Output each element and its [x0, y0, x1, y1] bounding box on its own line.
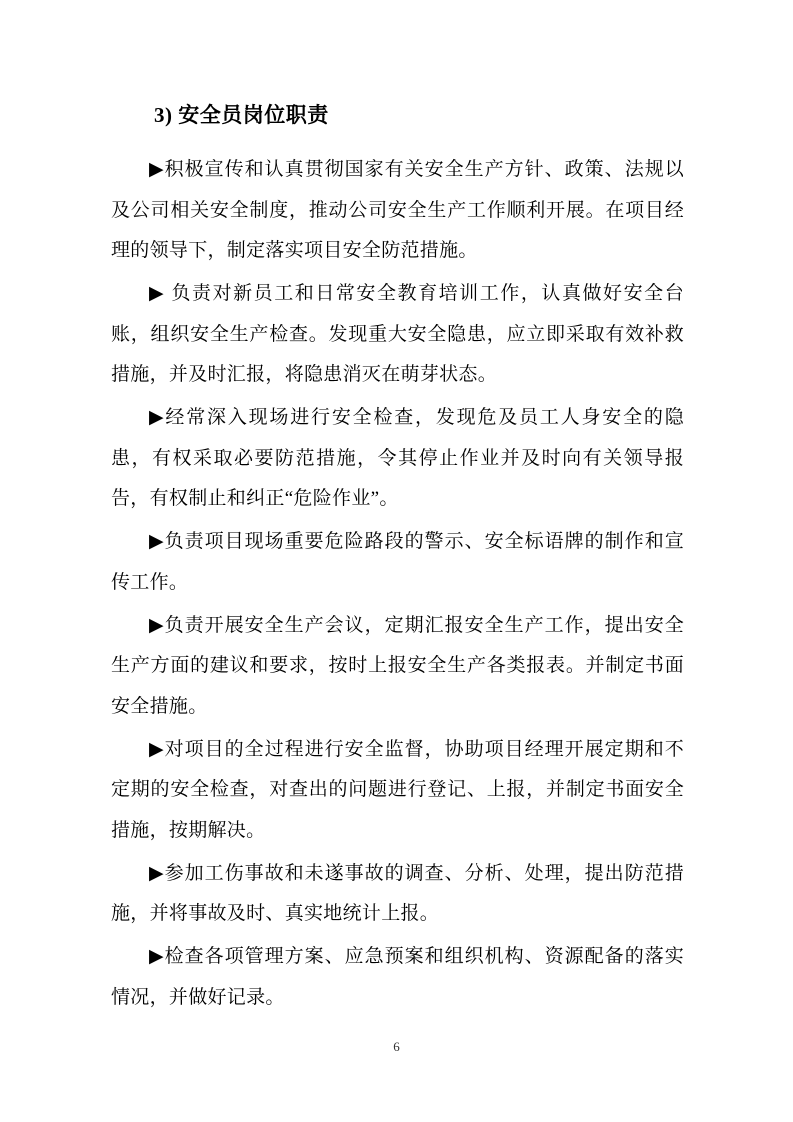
paragraph-duty-3: ▶经常深入现场进行安全检查，发现危及员工人身安全的隐患，有权采取必要防范措施，令… — [111, 398, 684, 520]
paragraph-duty-8: ▶检查各项管理方案、应急预案和组织机构、资源配备的落实情况，并做好记录。 — [111, 937, 684, 1018]
paragraph-duty-4: ▶负责项目现场重要危险路段的警示、安全标语牌的制作和宣传工作。 — [111, 522, 684, 603]
paragraph-duty-2: ▶ 负责对新员工和日常安全教育培训工作，认真做好安全台账，组织安全生产检查。发现… — [111, 274, 684, 396]
paragraph-duty-1: ▶积极宣传和认真贯彻国家有关安全生产方针、政策、法规以及公司相关安全制度，推动公… — [111, 150, 684, 272]
document-page: 3) 安全员岗位职责 ▶积极宣传和认真贯彻国家有关安全生产方针、政策、法规以及公… — [0, 0, 793, 1122]
paragraph-duty-7: ▶参加工伤事故和未遂事故的调查、分析、处理，提出防范措施，并将事故及时、真实地统… — [111, 854, 684, 935]
paragraph-duty-5: ▶负责开展安全生产会议，定期汇报安全生产工作，提出安全生产方面的建议和要求，按时… — [111, 606, 684, 728]
paragraph-duty-6: ▶对项目的全过程进行安全监督，协助项目经理开展定期和不定期的安全检查，对查出的问… — [111, 730, 684, 852]
section-heading: 3) 安全员岗位职责 — [111, 100, 684, 130]
document-body: 3) 安全员岗位职责 ▶积极宣传和认真贯彻国家有关安全生产方针、政策、法规以及公… — [111, 100, 684, 1021]
page-number: 6 — [0, 1038, 793, 1056]
